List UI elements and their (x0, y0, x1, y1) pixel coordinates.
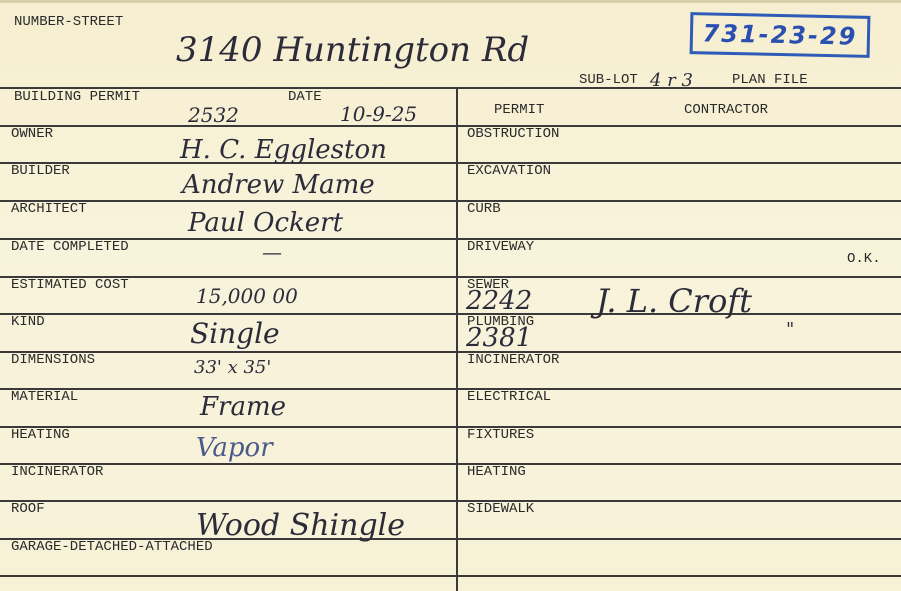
right-field-label: OBSTRUCTION (467, 126, 559, 142)
left-field-label: GARAGE-DETACHED-ATTACHED (11, 539, 213, 555)
left-field-value: Paul Ockert (188, 208, 343, 238)
row-line (0, 313, 901, 315)
left-field-label: KIND (11, 314, 45, 330)
left-field-value: Vapor (196, 433, 273, 463)
row-line (0, 463, 901, 465)
left-field-value: Single (190, 317, 280, 350)
row-line (0, 500, 901, 502)
row-line (0, 575, 901, 577)
left-field-value: 15,000 00 (196, 284, 298, 308)
contractor-column-header: CONTRACTOR (684, 102, 768, 118)
left-field-label: ARCHITECT (11, 201, 87, 217)
building-permit-label: BUILDING PERMIT (14, 89, 140, 105)
permit-column-header: PERMIT (494, 102, 544, 118)
left-field-label: MATERIAL (11, 389, 78, 405)
right-field-label: DRIVEWAY (467, 239, 534, 255)
right-field-permit: 2381 (466, 323, 532, 353)
right-field-label: ELECTRICAL (467, 389, 551, 405)
right-field-label: HEATING (467, 464, 526, 480)
number-street-label: NUMBER-STREET (14, 14, 123, 30)
left-field-label: DATE COMPLETED (11, 239, 129, 255)
row-line (0, 388, 901, 390)
left-field-label: INCINERATOR (11, 464, 103, 480)
row-line (0, 351, 901, 353)
sub-lot-label: SUB-LOT (579, 72, 638, 88)
right-field-label: INCINERATOR (467, 352, 559, 368)
row-line (0, 125, 901, 127)
number-street-value: 3140 Huntington Rd (176, 30, 529, 70)
left-field-label: DIMENSIONS (11, 352, 95, 368)
row-line (0, 162, 901, 164)
card-top-edge (0, 0, 901, 3)
right-field-label: FIXTURES (467, 427, 534, 443)
date-value: 10-9-25 (340, 102, 417, 126)
row-line (0, 238, 901, 240)
left-field-label: OWNER (11, 126, 53, 142)
permit-card: NUMBER-STREET 3140 Huntington Rd 731-23-… (0, 0, 901, 591)
right-field-label: SIDEWALK (467, 501, 534, 517)
right-field-permit: 2242 (466, 286, 532, 316)
plan-file-label: PLAN FILE (732, 72, 808, 88)
left-field-value: Andrew Mame (182, 170, 375, 200)
left-field-value: Wood Shingle (196, 508, 405, 543)
left-field-label: ESTIMATED COST (11, 277, 129, 293)
left-field-label: ROOF (11, 501, 45, 517)
right-field-contractor: J. L. Croft (596, 282, 752, 320)
date-label: DATE (288, 89, 322, 105)
right-field-label: CURB (467, 201, 501, 217)
stamp-number: 731-23-29 (690, 12, 871, 58)
left-field-value: Frame (200, 392, 286, 422)
row-line (0, 200, 901, 202)
left-field-value: — (262, 240, 282, 264)
left-field-value: 33' x 35' (194, 357, 271, 378)
row-line (0, 426, 901, 428)
left-field-value: H. C. Eggleston (180, 135, 387, 165)
right-field-note: O.K. (847, 251, 881, 267)
right-field-label: EXCAVATION (467, 163, 551, 179)
row-line (0, 276, 901, 278)
left-field-label: BUILDER (11, 163, 70, 179)
building-permit-value: 2532 (188, 103, 239, 127)
left-field-label: HEATING (11, 427, 70, 443)
right-field-contractor: " (786, 319, 794, 340)
